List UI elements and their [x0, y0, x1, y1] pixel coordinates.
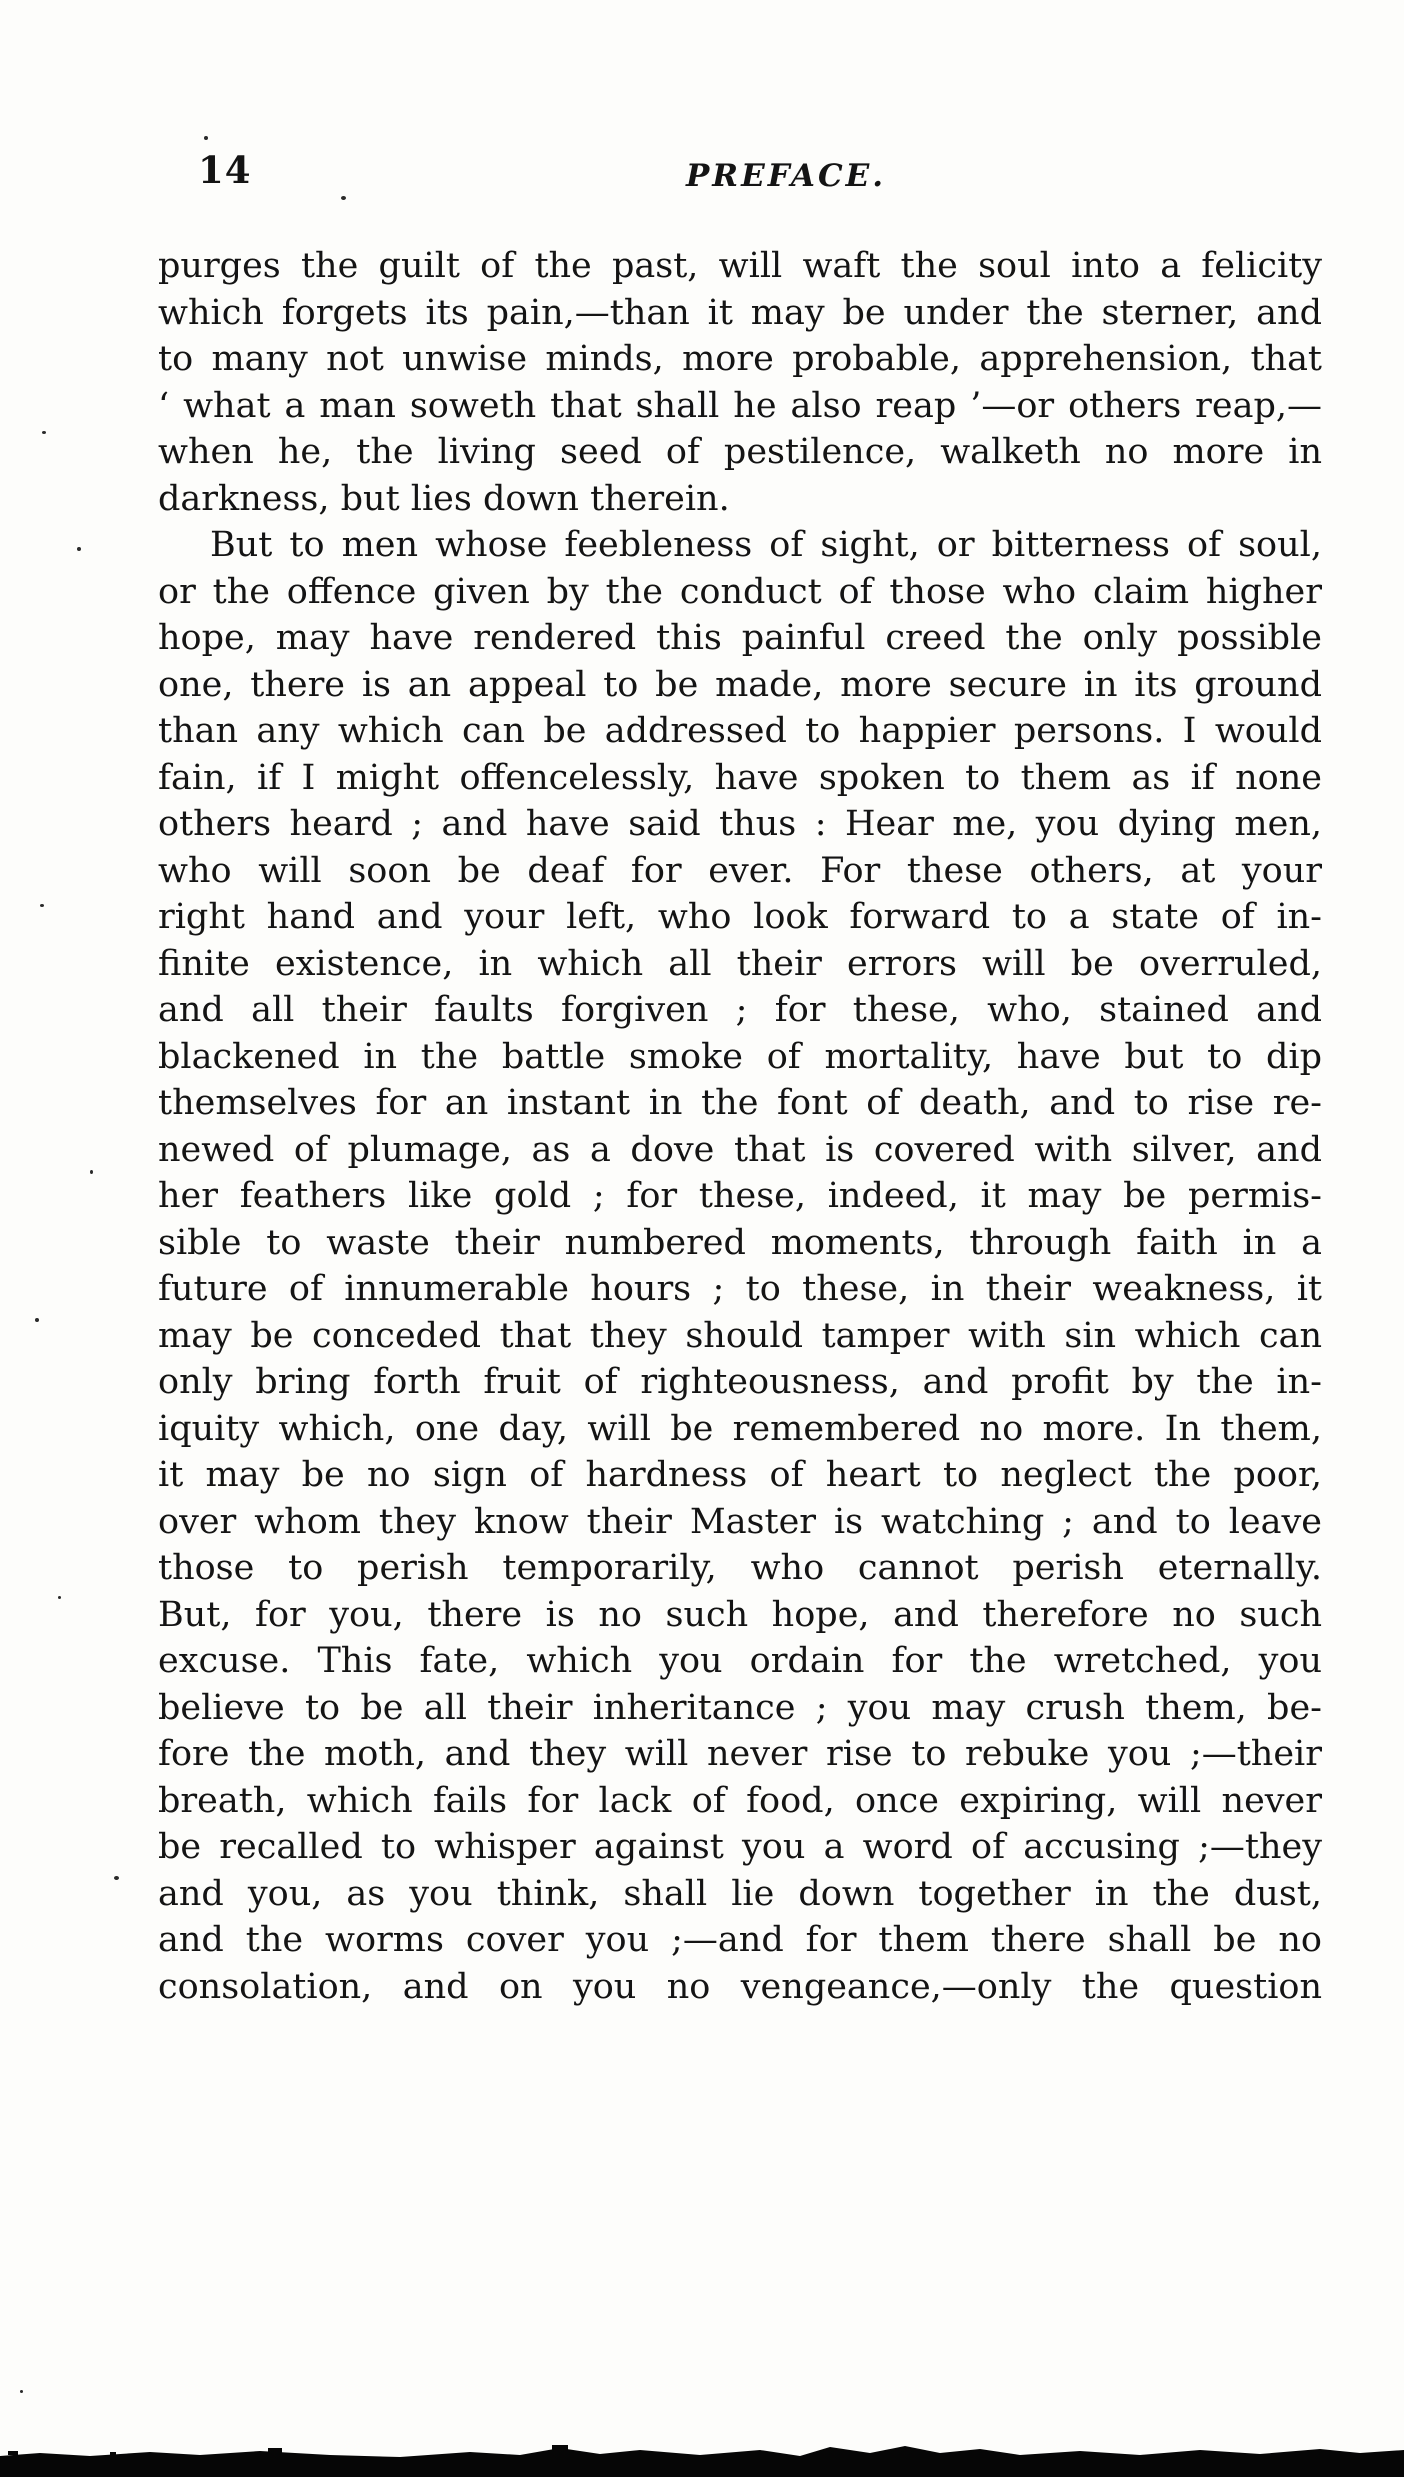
ink-speck — [114, 1876, 119, 1880]
text-line: and the worms cover you ;—and for them t… — [158, 1917, 1322, 1964]
ink-speck — [341, 196, 346, 200]
text-line: and you, as you think, shall lie down to… — [158, 1871, 1322, 1918]
page-header-title: PREFACE. — [686, 158, 886, 194]
text-line: breath, which fails for lack of food, on… — [158, 1778, 1322, 1825]
ink-speck — [20, 2390, 23, 2393]
text-line: it may be no sign of hardness of heart t… — [158, 1452, 1322, 1499]
text-line: iquity which, one day, will be remembere… — [158, 1406, 1322, 1453]
text-line: when he, the living seed of pestilence, … — [158, 429, 1322, 476]
ink-speck — [35, 1318, 39, 1322]
text-line: themselves for an instant in the font of… — [158, 1080, 1322, 1127]
text-line: blackened in the battle smoke of mortali… — [158, 1034, 1322, 1081]
text-line: darkness, but lies down therein. — [158, 476, 1322, 523]
text-line: right hand and your left, who look forwa… — [158, 894, 1322, 941]
text-line: may be conceded that they should tamper … — [158, 1313, 1322, 1360]
text-line: and all their faults forgiven ; for thes… — [158, 987, 1322, 1034]
text-line: consolation, and on you no vengeance,—on… — [158, 1964, 1322, 2011]
text-line: newed of plumage, as a dove that is cove… — [158, 1127, 1322, 1174]
text-line: believe to be all their inheritance ; yo… — [158, 1685, 1322, 1732]
text-line: But to men whose feebleness of sight, or… — [158, 522, 1322, 569]
text-line: excuse. This fate, which you ordain for … — [158, 1638, 1322, 1685]
text-line: future of innumerable hours ; to these, … — [158, 1266, 1322, 1313]
text-line: fore the moth, and they will never rise … — [158, 1731, 1322, 1778]
ink-speck — [58, 1596, 61, 1599]
ink-speck — [40, 904, 44, 907]
scanned-page: 14 PREFACE. purges the guilt of the past… — [0, 0, 1404, 2477]
text-line: purges the guilt of the past, will waft … — [158, 243, 1322, 290]
page-number: 14 — [198, 148, 252, 192]
text-line: finite existence, in which all their err… — [158, 941, 1322, 988]
text-line: to many not unwise minds, more probable,… — [158, 336, 1322, 383]
text-line: But, for you, there is no such hope, and… — [158, 1592, 1322, 1639]
text-line: others heard ; and have said thus : Hear… — [158, 801, 1322, 848]
text-line: be recalled to whisper against you a wor… — [158, 1824, 1322, 1871]
text-line: those to perish temporarily, who cannot … — [158, 1545, 1322, 1592]
ink-speck — [204, 136, 208, 140]
text-line: only bring forth fruit of righteousness,… — [158, 1359, 1322, 1406]
text-line: which forgets its pain,—than it may be u… — [158, 290, 1322, 337]
text-line: one, there is an appeal to be made, more… — [158, 662, 1322, 709]
text-line: hope, may have rendered this painful cre… — [158, 615, 1322, 662]
text-line: over whom they know their Master is watc… — [158, 1499, 1322, 1546]
text-line: ‘ what a man soweth that shall he also r… — [158, 383, 1322, 430]
text-line: her feathers like gold ; for these, inde… — [158, 1173, 1322, 1220]
scan-edge-artifact — [0, 2437, 1404, 2477]
ink-speck — [42, 431, 46, 434]
text-block: purges the guilt of the past, will waft … — [158, 243, 1322, 2010]
text-line: fain, if I might offencelessly, have spo… — [158, 755, 1322, 802]
text-line: than any which can be addressed to happi… — [158, 708, 1322, 755]
text-line: sible to waste their numbered moments, t… — [158, 1220, 1322, 1267]
text-line: or the offence given by the conduct of t… — [158, 569, 1322, 616]
ink-speck — [90, 1170, 93, 1174]
text-line: who will soon be deaf for ever. For thes… — [158, 848, 1322, 895]
ink-speck — [77, 547, 81, 551]
